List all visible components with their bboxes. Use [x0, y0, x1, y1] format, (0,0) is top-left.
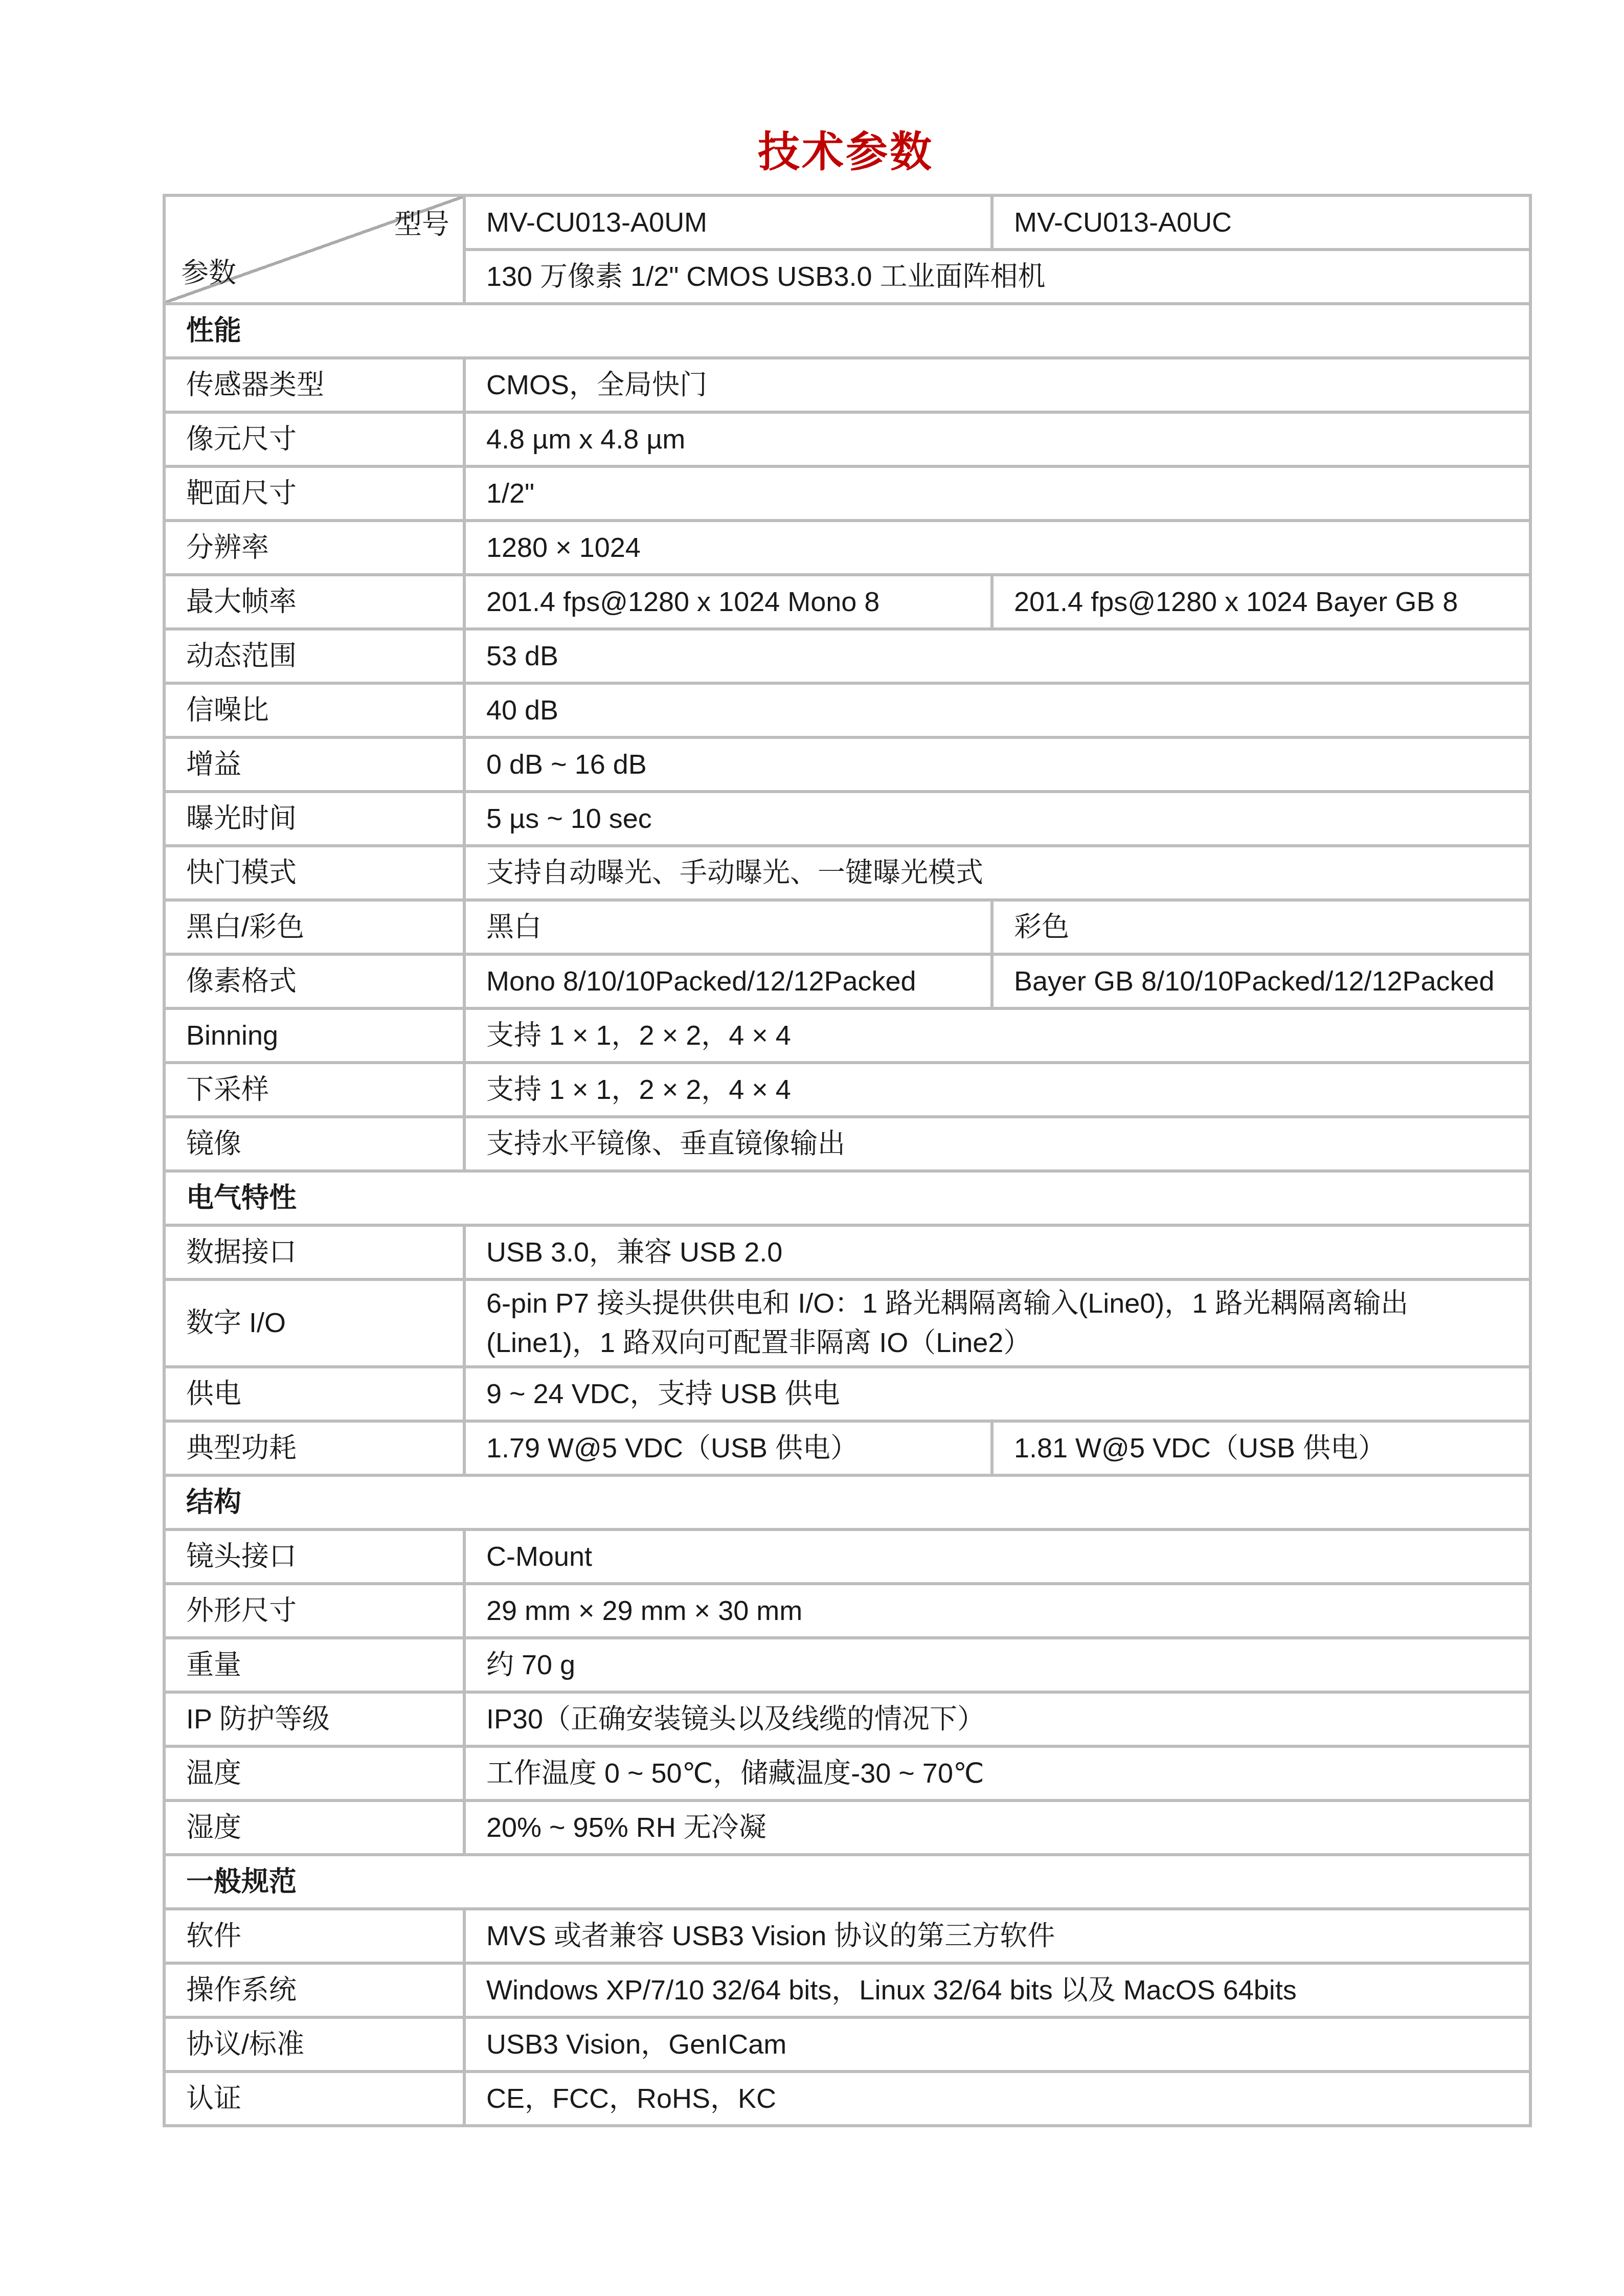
param-label: 软件 — [164, 1909, 464, 1963]
param-label: 下采样 — [164, 1063, 464, 1117]
param-value: 29 mm × 29 mm × 30 mm — [464, 1584, 1530, 1638]
param-value: C-Mount — [464, 1529, 1530, 1584]
param-label: 最大帧率 — [164, 575, 464, 629]
table-row-section: 电气特性 — [164, 1171, 1530, 1225]
param-label: 动态范围 — [164, 629, 464, 683]
param-value: 4.8 µm x 4.8 µm — [464, 412, 1530, 466]
param-label: IP 防护等级 — [164, 1692, 464, 1746]
table-row: 曝光时间 5 µs ~ 10 sec — [164, 792, 1530, 846]
param-value: 1/2" — [464, 466, 1530, 521]
param-value: 0 dB ~ 16 dB — [464, 737, 1530, 792]
param-value: 支持水平镜像、垂直镜像输出 — [464, 1117, 1530, 1171]
section-header-performance: 性能 — [164, 304, 1530, 358]
camera-description: 130 万像素 1/2" CMOS USB3.0 工业面阵相机 — [464, 250, 1530, 304]
corner-label-model: 型号 — [394, 205, 449, 244]
param-label: 典型功耗 — [164, 1421, 464, 1475]
table-corner-cell: 型号 参数 — [164, 195, 464, 304]
param-value-color: 201.4 fps@1280 x 1024 Bayer GB 8 — [992, 575, 1530, 629]
param-value: MVS 或者兼容 USB3 Vision 协议的第三方软件 — [464, 1909, 1530, 1963]
param-label: 镜头接口 — [164, 1529, 464, 1584]
table-row: 外形尺寸 29 mm × 29 mm × 30 mm — [164, 1584, 1530, 1638]
param-label: 增益 — [164, 737, 464, 792]
param-label: 黑白/彩色 — [164, 900, 464, 954]
table-row: 快门模式 支持自动曝光、手动曝光、一键曝光模式 — [164, 846, 1530, 900]
param-value: 20% ~ 95% RH 无冷凝 — [464, 1800, 1530, 1855]
table-row-header-models: 型号 参数 MV-CU013-A0UM MV-CU013-A0UC — [164, 195, 1530, 250]
param-value-color: 彩色 — [992, 900, 1530, 954]
table-row-section: 一般规范 — [164, 1855, 1530, 1909]
param-value: CMOS，全局快门 — [464, 358, 1530, 412]
param-label: 认证 — [164, 2072, 464, 2126]
param-value: 9 ~ 24 VDC，支持 USB 供电 — [464, 1367, 1530, 1421]
param-value: IP30（正确安装镜头以及线缆的情况下） — [464, 1692, 1530, 1746]
table-row: 动态范围 53 dB — [164, 629, 1530, 683]
param-label: 信噪比 — [164, 683, 464, 737]
param-label: 曝光时间 — [164, 792, 464, 846]
table-row: 像元尺寸 4.8 µm x 4.8 µm — [164, 412, 1530, 466]
table-row: 数字 I/O 6-pin P7 接头提供供电和 I/O：1 路光耦隔离输入(Li… — [164, 1279, 1530, 1367]
table-row: 湿度 20% ~ 95% RH 无冷凝 — [164, 1800, 1530, 1855]
table-row: 温度 工作温度 0 ~ 50℃，储藏温度-30 ~ 70℃ — [164, 1746, 1530, 1800]
table-row: 增益 0 dB ~ 16 dB — [164, 737, 1530, 792]
table-row: 像素格式 Mono 8/10/10Packed/12/12Packed Baye… — [164, 954, 1530, 1008]
param-value: Windows XP/7/10 32/64 bits，Linux 32/64 b… — [464, 1963, 1530, 2017]
page-title: 技术参数 — [163, 119, 1529, 178]
table-row: 供电 9 ~ 24 VDC，支持 USB 供电 — [164, 1367, 1530, 1421]
param-label: 外形尺寸 — [164, 1584, 464, 1638]
param-value: USB3 Vision，GenICam — [464, 2017, 1530, 2072]
param-value-mono: 黑白 — [464, 900, 992, 954]
param-value-mono: 201.4 fps@1280 x 1024 Mono 8 — [464, 575, 992, 629]
param-value: 53 dB — [464, 629, 1530, 683]
table-row: 靶面尺寸 1/2" — [164, 466, 1530, 521]
param-value: 支持自动曝光、手动曝光、一键曝光模式 — [464, 846, 1530, 900]
section-header-general: 一般规范 — [164, 1855, 1530, 1909]
param-label: 快门模式 — [164, 846, 464, 900]
param-value: 40 dB — [464, 683, 1530, 737]
param-value: 1280 × 1024 — [464, 521, 1530, 575]
param-label: 重量 — [164, 1638, 464, 1692]
param-label: 镜像 — [164, 1117, 464, 1171]
table-row: 镜头接口 C-Mount — [164, 1529, 1530, 1584]
param-label: 协议/标准 — [164, 2017, 464, 2072]
table-row: 软件 MVS 或者兼容 USB3 Vision 协议的第三方软件 — [164, 1909, 1530, 1963]
param-value: 约 70 g — [464, 1638, 1530, 1692]
param-value: 支持 1 × 1，2 × 2，4 × 4 — [464, 1063, 1530, 1117]
model-name-color: MV-CU013-A0UC — [992, 195, 1530, 250]
param-label: 传感器类型 — [164, 358, 464, 412]
param-label: 像元尺寸 — [164, 412, 464, 466]
param-label: 湿度 — [164, 1800, 464, 1855]
document-page: 技术参数 型号 参数 MV-CU013-A0UM MV-CU013-A0UC 1… — [0, 0, 1624, 2296]
param-label: 温度 — [164, 1746, 464, 1800]
param-value-color: Bayer GB 8/10/10Packed/12/12Packed — [992, 954, 1530, 1008]
table-row: 下采样 支持 1 × 1，2 × 2，4 × 4 — [164, 1063, 1530, 1117]
table-row: 协议/标准 USB3 Vision，GenICam — [164, 2017, 1530, 2072]
table-row: 镜像 支持水平镜像、垂直镜像输出 — [164, 1117, 1530, 1171]
param-value-color: 1.81 W@5 VDC（USB 供电） — [992, 1421, 1530, 1475]
table-row: 认证 CE，FCC，RoHS，KC — [164, 2072, 1530, 2126]
param-label: 分辨率 — [164, 521, 464, 575]
param-value: 工作温度 0 ~ 50℃，储藏温度-30 ~ 70℃ — [464, 1746, 1530, 1800]
param-value-mono: Mono 8/10/10Packed/12/12Packed — [464, 954, 992, 1008]
table-row: Binning 支持 1 × 1，2 × 2，4 × 4 — [164, 1008, 1530, 1063]
param-label: Binning — [164, 1008, 464, 1063]
model-name-mono: MV-CU013-A0UM — [464, 195, 992, 250]
table-row: 传感器类型 CMOS，全局快门 — [164, 358, 1530, 412]
corner-label-param: 参数 — [181, 254, 236, 293]
table-row-section: 结构 — [164, 1475, 1530, 1529]
table-row: 黑白/彩色 黑白 彩色 — [164, 900, 1530, 954]
param-value: USB 3.0，兼容 USB 2.0 — [464, 1225, 1530, 1279]
param-label: 数据接口 — [164, 1225, 464, 1279]
section-header-electrical: 电气特性 — [164, 1171, 1530, 1225]
table-row: 最大帧率 201.4 fps@1280 x 1024 Mono 8 201.4 … — [164, 575, 1530, 629]
param-label: 供电 — [164, 1367, 464, 1421]
param-label: 靶面尺寸 — [164, 466, 464, 521]
table-row: 信噪比 40 dB — [164, 683, 1530, 737]
table-row: 操作系统 Windows XP/7/10 32/64 bits，Linux 32… — [164, 1963, 1530, 2017]
table-row: 数据接口 USB 3.0，兼容 USB 2.0 — [164, 1225, 1530, 1279]
table-row: 重量 约 70 g — [164, 1638, 1530, 1692]
param-value: CE，FCC，RoHS，KC — [464, 2072, 1530, 2126]
param-value: 6-pin P7 接头提供供电和 I/O：1 路光耦隔离输入(Line0)，1 … — [464, 1279, 1530, 1367]
table-row-section: 性能 — [164, 304, 1530, 358]
table-row: 分辨率 1280 × 1024 — [164, 521, 1530, 575]
param-label: 数字 I/O — [164, 1279, 464, 1367]
param-value: 支持 1 × 1，2 × 2，4 × 4 — [464, 1008, 1530, 1063]
table-row: IP 防护等级 IP30（正确安装镜头以及线缆的情况下） — [164, 1692, 1530, 1746]
param-label: 操作系统 — [164, 1963, 464, 2017]
param-value: 5 µs ~ 10 sec — [464, 792, 1530, 846]
section-header-structure: 结构 — [164, 1475, 1530, 1529]
param-value-mono: 1.79 W@5 VDC（USB 供电） — [464, 1421, 992, 1475]
table-row: 典型功耗 1.79 W@5 VDC（USB 供电） 1.81 W@5 VDC（U… — [164, 1421, 1530, 1475]
spec-table: 型号 参数 MV-CU013-A0UM MV-CU013-A0UC 130 万像… — [163, 194, 1532, 2127]
param-label: 像素格式 — [164, 954, 464, 1008]
